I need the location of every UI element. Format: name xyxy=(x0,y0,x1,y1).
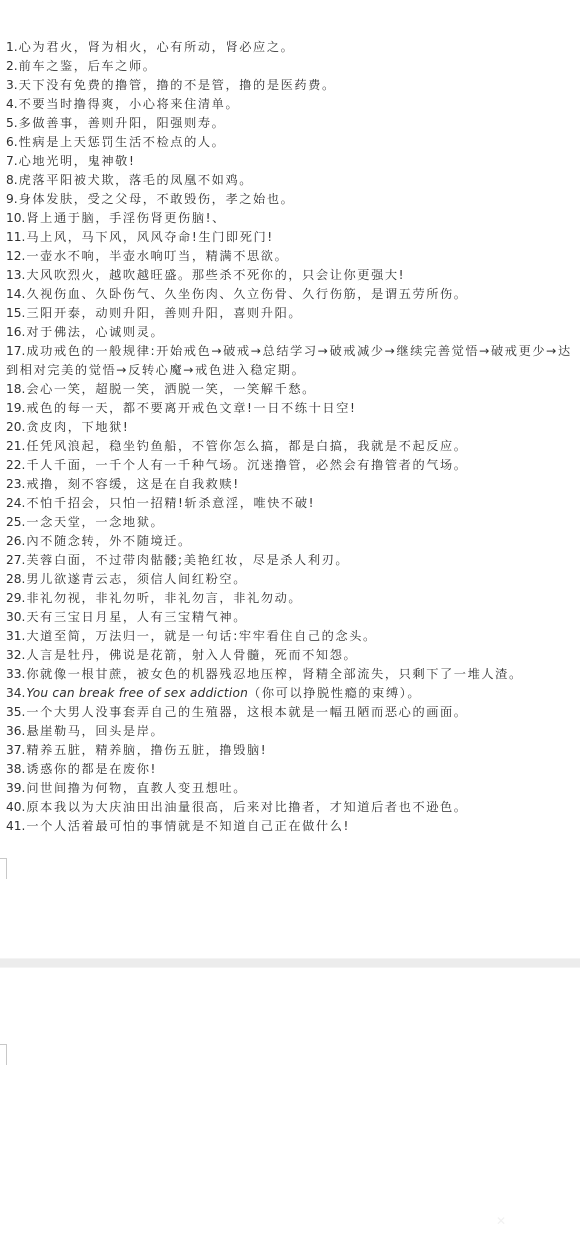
text-cursor-mark xyxy=(0,1044,7,1065)
item-text: 前车之鉴，后车之师。 xyxy=(19,59,157,73)
item-text: 久视伤血、久卧伤气、久坐伤肉、久立伤骨、久行伤筋，是谓五劳所伤。 xyxy=(26,287,467,301)
page-separator xyxy=(0,958,580,968)
list-item: 39.问世间撸为何物，直教人变丑想吐。 xyxy=(6,779,580,798)
item-number: 18. xyxy=(6,382,25,396)
list-item: 26.內不随念转，外不随境迁。 xyxy=(6,532,580,551)
list-item: 29.非礼勿视，非礼勿听，非礼勿言，非礼勿动。 xyxy=(6,589,580,608)
list-item: 14.久视伤血、久卧伤气、久坐伤肉、久立伤骨、久行伤筋，是谓五劳所伤。 xyxy=(6,285,580,304)
item-number: 7. xyxy=(6,154,18,168)
maxim-list: 1.心为君火，肾为相火，心有所动，肾必应之。 2.前车之鉴，后车之师。 3.天下… xyxy=(6,38,580,836)
item-number: 25. xyxy=(6,515,25,529)
item-number: 35. xyxy=(6,705,25,719)
item-number: 31. xyxy=(6,629,25,643)
text-cursor-mark xyxy=(0,858,7,879)
list-item: 13.大风吹烈火，越吹越旺盛。那些杀不死你的，只会让你更强大! xyxy=(6,266,580,285)
list-item: 41.一个人活着最可怕的事情就是不知道自己正在做什么! xyxy=(6,817,580,836)
item-number: 1. xyxy=(6,40,18,54)
list-item: 35.一个大男人没事套弄自己的生殖器，这根本就是一幅丑陋而恶心的画面。 xyxy=(6,703,580,722)
item-number: 33. xyxy=(6,667,25,681)
list-item: 6.性病是上天惩罚生活不检点的人。 xyxy=(6,133,580,152)
item-text: 芙蓉白面，不过带肉骷髅;美艳红妆，尽是杀人利刃。 xyxy=(26,553,349,567)
item-number: 32. xyxy=(6,648,25,662)
item-number: 29. xyxy=(6,591,25,605)
item-number: 36. xyxy=(6,724,25,738)
item-text: 戒撸，刻不容缓，这是在自我救赎! xyxy=(26,477,239,491)
item-number: 40. xyxy=(6,800,25,814)
item-number: 34. xyxy=(6,686,25,700)
item-text: 天下没有免费的撸管，撸的不是管，撸的是医药费。 xyxy=(19,78,336,92)
item-text: 不怕千招会，只怕一招精!斩杀意淫，唯快不破! xyxy=(26,496,315,510)
item-number: 9. xyxy=(6,192,18,206)
list-item: 38.诱惑你的都是在废你! xyxy=(6,760,580,779)
item-text: 不要当时撸得爽，小心将来住清单。 xyxy=(19,97,240,111)
item-text: 天有三宝日月星，人有三宝精气神。 xyxy=(26,610,247,624)
list-item: 7.心地光明，鬼神敬! xyxy=(6,152,580,171)
document-page-2 xyxy=(0,968,580,1241)
list-item: 20.贪皮肉，下地狱! xyxy=(6,418,580,437)
item-number: 12. xyxy=(6,249,25,263)
item-number: 3. xyxy=(6,78,18,92)
list-item: 2.前车之鉴，后车之师。 xyxy=(6,57,580,76)
item-text: 心为君火，肾为相火，心有所动，肾必应之。 xyxy=(19,40,295,54)
list-item: 24.不怕千招会，只怕一招精!斩杀意淫，唯快不破! xyxy=(6,494,580,513)
list-item: 4.不要当时撸得爽，小心将来住清单。 xyxy=(6,95,580,114)
item-number: 14. xyxy=(6,287,25,301)
list-item: 18.会心一笑，超脱一笑，洒脱一笑，一笑解千愁。 xyxy=(6,380,580,399)
item-text: 任凭风浪起，稳坐钓鱼船，不管你怎么搞，都是白搞，我就是不起反应。 xyxy=(26,439,467,453)
item-number: 15. xyxy=(6,306,25,320)
list-item: 33.你就像一根甘蔗，被女色的机器残忍地压榨，肾精全部流失，只剩下了一堆人渣。 xyxy=(6,665,580,684)
item-text: 內不随念转，外不随境迁。 xyxy=(26,534,191,548)
item-text: 戒色的每一天，都不要离开戒色文章!一日不练十日空! xyxy=(26,401,356,415)
item-text: 大道至简，万法归一，就是一句话:牢牢看住自己的念头。 xyxy=(26,629,376,643)
list-item: 27.芙蓉白面，不过带肉骷髅;美艳红妆，尽是杀人利刃。 xyxy=(6,551,580,570)
list-item: 28.男儿欲遂青云志，须信人间红粉空。 xyxy=(6,570,580,589)
document-page-1: 1.心为君火，肾为相火，心有所动，肾必应之。 2.前车之鉴，后车之师。 3.天下… xyxy=(0,0,580,958)
list-item: 16.对于佛法，心诚则灵。 xyxy=(6,323,580,342)
list-item: 22.千人千面，一千个人有一千种气场。沉迷撸管，必然会有撸管者的气场。 xyxy=(6,456,580,475)
list-item: 25.一念天堂，一念地狱。 xyxy=(6,513,580,532)
list-item: 1.心为君火，肾为相火，心有所动，肾必应之。 xyxy=(6,38,580,57)
list-item: 40.原本我以为大庆油田出油量很高，后来对比撸者，才知道后者也不逊色。 xyxy=(6,798,580,817)
watermark-icon: ✕ xyxy=(490,1213,512,1229)
list-item: 3.天下没有免费的撸管，撸的不是管，撸的是医药费。 xyxy=(6,76,580,95)
item-text: 精养五脏，精养脑，撸伤五脏，撸毁脑! xyxy=(26,743,267,757)
item-text: 问世间撸为何物，直教人变丑想吐。 xyxy=(26,781,247,795)
item-number: 8. xyxy=(6,173,18,187)
item-number: 30. xyxy=(6,610,25,624)
item-text: 对于佛法，心诚则灵。 xyxy=(26,325,164,339)
item-text: 贪皮肉，下地狱! xyxy=(26,420,129,434)
item-number: 10. xyxy=(6,211,25,225)
item-text: （你可以挣脱性瘾的束缚）。 xyxy=(248,686,421,700)
item-number: 39. xyxy=(6,781,25,795)
item-text: 多做善事，善则升阳，阳强则寿。 xyxy=(19,116,226,130)
item-text: 非礼勿视，非礼勿听，非礼勿言，非礼勿动。 xyxy=(26,591,302,605)
item-number: 11. xyxy=(6,230,25,244)
list-item: 30.天有三宝日月星，人有三宝精气神。 xyxy=(6,608,580,627)
item-text: 诱惑你的都是在废你! xyxy=(26,762,157,776)
list-item: 32.人言是牡丹，佛说是花箭，射入人骨髓，死而不知怨。 xyxy=(6,646,580,665)
item-text: 肾上通于脑，手淫伤肾更伤脑!、 xyxy=(26,211,226,225)
list-item: 21.任凭风浪起，稳坐钓鱼船，不管你怎么搞，都是白搞，我就是不起反应。 xyxy=(6,437,580,456)
item-number: 4. xyxy=(6,97,18,111)
item-text: 性病是上天惩罚生活不检点的人。 xyxy=(19,135,226,149)
item-number: 22. xyxy=(6,458,25,472)
item-number: 23. xyxy=(6,477,25,491)
item-number: 2. xyxy=(6,59,18,73)
list-item: 31.大道至简，万法归一，就是一句话:牢牢看住自己的念头。 xyxy=(6,627,580,646)
list-item: 9.身体发肤，受之父母，不敢毁伤，孝之始也。 xyxy=(6,190,580,209)
item-number: 21. xyxy=(6,439,25,453)
list-item: 10.肾上通于脑，手淫伤肾更伤脑!、 xyxy=(6,209,580,228)
list-item: 5.多做善事，善则升阳，阳强则寿。 xyxy=(6,114,580,133)
item-number: 24. xyxy=(6,496,25,510)
item-number: 16. xyxy=(6,325,25,339)
item-number: 37. xyxy=(6,743,25,757)
item-text: 三阳开泰，动则升阳，善则升阳，喜则升阳。 xyxy=(26,306,302,320)
item-text: 大风吹烈火，越吹越旺盛。那些杀不死你的，只会让你更强大! xyxy=(26,268,405,282)
list-item: 36.悬崖勒马，回头是岸。 xyxy=(6,722,580,741)
item-text: 悬崖勒马，回头是岸。 xyxy=(26,724,164,738)
list-item: 17.成功戒色的一般规律:开始戒色→破戒→总结学习→破戒减少→继续完善觉悟→破戒… xyxy=(6,342,580,380)
item-number: 28. xyxy=(6,572,25,586)
list-item: 15.三阳开泰，动则升阳，善则升阳，喜则升阳。 xyxy=(6,304,580,323)
item-number: 38. xyxy=(6,762,25,776)
item-number: 20. xyxy=(6,420,25,434)
list-item: 34.You can break free of sex addiction（你… xyxy=(6,684,580,703)
item-text: 一壶水不响，半壶水响叮当，精满不思欲。 xyxy=(26,249,288,263)
item-number: 6. xyxy=(6,135,18,149)
item-number: 26. xyxy=(6,534,25,548)
list-item: 11.马上风，马下风，风风夺命!生门即死门! xyxy=(6,228,580,247)
item-text: 成功戒色的一般规律:开始戒色→破戒→总结学习→破戒减少→继续完善觉悟→破戒更少→… xyxy=(6,344,572,377)
item-number: 13. xyxy=(6,268,25,282)
item-text: 身体发肤，受之父母，不敢毁伤，孝之始也。 xyxy=(19,192,295,206)
item-text: 会心一笑，超脱一笑，洒脱一笑，一笑解千愁。 xyxy=(26,382,316,396)
item-text: 你就像一根甘蔗，被女色的机器残忍地压榨，肾精全部流失，只剩下了一堆人渣。 xyxy=(26,667,522,681)
item-text: 原本我以为大庆油田出油量很高，后来对比撸者，才知道后者也不逊色。 xyxy=(26,800,467,814)
list-item: 23.戒撸，刻不容缓，这是在自我救赎! xyxy=(6,475,580,494)
item-text: 虎落平阳被犬欺，落毛的凤凰不如鸡。 xyxy=(19,173,253,187)
list-item: 37.精养五脏，精养脑，撸伤五脏，撸毁脑! xyxy=(6,741,580,760)
item-number: 19. xyxy=(6,401,25,415)
item-number: 5. xyxy=(6,116,18,130)
list-item: 12.一壶水不响，半壶水响叮当，精满不思欲。 xyxy=(6,247,580,266)
item-text: 心地光明，鬼神敬! xyxy=(19,154,136,168)
item-text: 一个大男人没事套弄自己的生殖器，这根本就是一幅丑陋而恶心的画面。 xyxy=(26,705,467,719)
item-text: 马上风，马下风，风风夺命!生门即死门! xyxy=(26,230,273,244)
item-text: 一个人活着最可怕的事情就是不知道自己正在做什么! xyxy=(26,819,350,833)
list-item: 8.虎落平阳被犬欺，落毛的凤凰不如鸡。 xyxy=(6,171,580,190)
item-text: 男儿欲遂青云志，须信人间红粉空。 xyxy=(26,572,247,586)
item-number: 17. xyxy=(6,344,25,358)
item-text: 人言是牡丹，佛说是花箭，射入人骨髓，死而不知怨。 xyxy=(26,648,357,662)
list-item: 19.戒色的每一天，都不要离开戒色文章!一日不练十日空! xyxy=(6,399,580,418)
item-number: 27. xyxy=(6,553,25,567)
item-text-english: You can break free of sex addiction xyxy=(26,686,248,700)
item-number: 41. xyxy=(6,819,25,833)
item-text: 千人千面，一千个人有一千种气场。沉迷撸管，必然会有撸管者的气场。 xyxy=(26,458,467,472)
item-text: 一念天堂，一念地狱。 xyxy=(26,515,164,529)
